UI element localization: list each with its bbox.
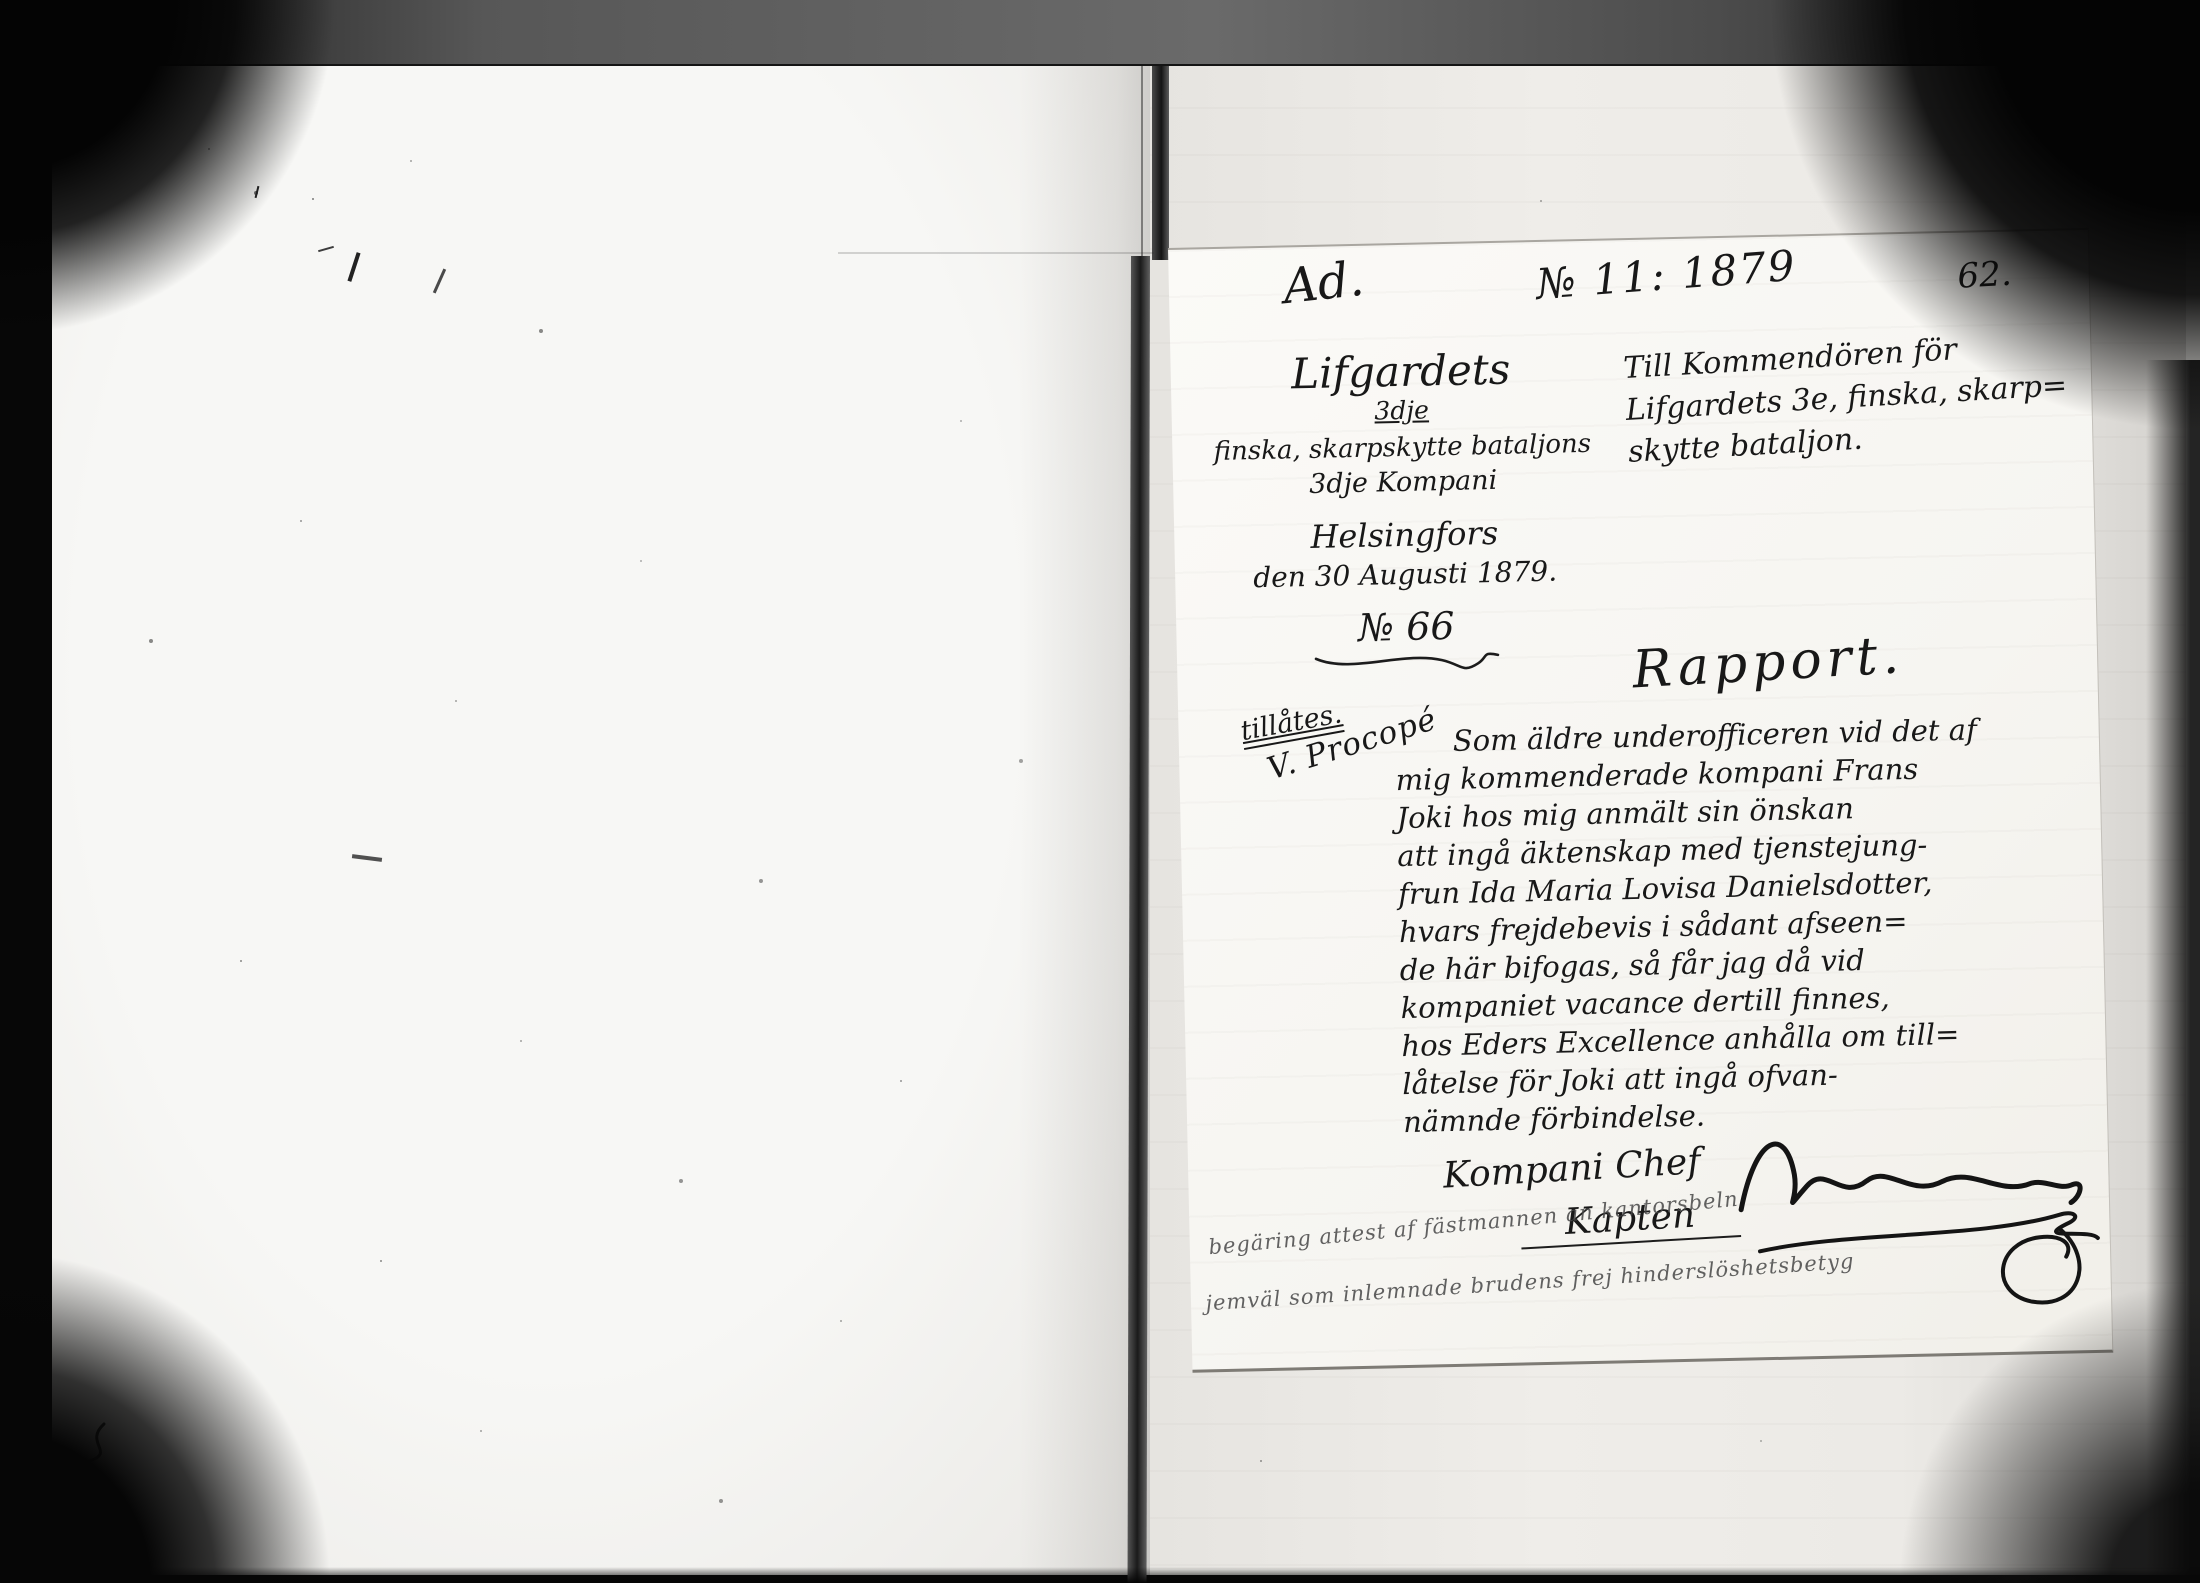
stray-ink-squiggle <box>70 1420 130 1530</box>
captain-signature-scrawl <box>1727 1110 2112 1338</box>
recipient-address: Till Kommendören för Lifgardets 3e, fins… <box>1622 322 2088 474</box>
file-number: № 11: 1879 <box>1534 241 1798 309</box>
letterhead: Lifgardets 3dje finska, skarpskytte bata… <box>1205 343 1602 681</box>
clerk-initials: Ad. <box>1280 251 1366 315</box>
underlying-page-edge <box>838 252 1154 254</box>
letterhead-unit-ordinal: 3dje <box>1374 395 1429 425</box>
scanner-top-edge <box>0 0 2200 66</box>
document-title: Rapport. <box>1592 623 1945 703</box>
letterhead-unit-name: Lifgardets <box>1205 343 1596 400</box>
letterhead-company: 3dje Kompani <box>1208 463 1599 503</box>
letterhead-battalion: finska, skarpskytte bataljons <box>1207 429 1598 468</box>
underline-flourish <box>1312 645 1503 679</box>
letter-journal-number: № 66 <box>1211 601 1602 653</box>
signature-role-company-chief: Kompani Chef <box>1426 1140 1718 1197</box>
book-gutter <box>1128 256 1150 1583</box>
archive-page-number: 62. <box>1956 254 2012 297</box>
report-body: Som äldre underofficeren vid det af mig … <box>1394 708 2103 1141</box>
letterhead-place: Helsingfors <box>1209 512 1600 558</box>
scanner-right-edge <box>2146 360 2200 1583</box>
page-edge-line <box>1141 60 1143 260</box>
scanned-document-photo: Ad. № 11: 1879 62. Lifgardets 3dje finsk… <box>0 0 2200 1583</box>
letterhead-date: den 30 Augusti 1879. <box>1210 554 1601 596</box>
book-gutter-top <box>1152 60 1169 260</box>
left-blank-page <box>52 60 1150 1575</box>
scanner-bottom-edge <box>0 1567 2200 1583</box>
letter-sheet: Ad. № 11: 1879 62. Lifgardets 3dje finsk… <box>1168 228 2113 1373</box>
